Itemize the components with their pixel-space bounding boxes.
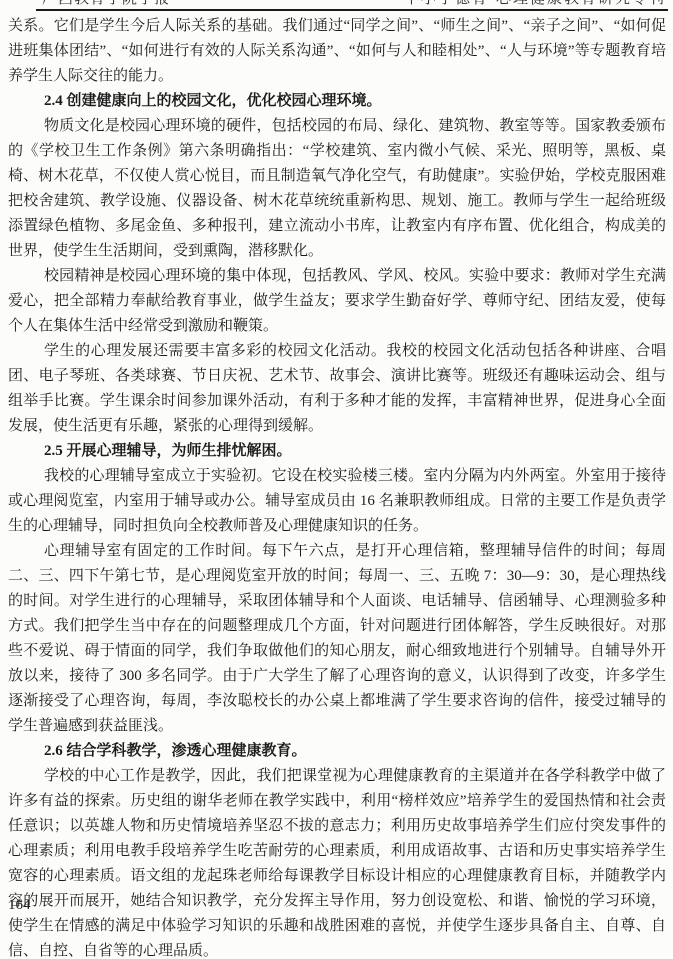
scan-smudge <box>80 922 102 929</box>
section-heading-2-6: 2.6 结合学科教学，渗透心理健康教育。 <box>8 739 666 764</box>
paragraph-campus-activities: 学生的心理发展还需要丰富多彩的校园文化活动。我校的校园文化活动包括各种讲座、合唱… <box>8 339 666 439</box>
journal-title-right: 中小学德育·心理健康教育研究专刊 <box>404 0 666 8</box>
header-rule <box>36 9 668 11</box>
paragraph-counseling-room: 我校的心理辅导室成立于实验初。它设在校实验楼三楼。室内分隔为内外两室。外室用于接… <box>8 464 666 539</box>
section-heading-2-4: 2.4 创建健康向上的校园文化，优化校园心理环境。 <box>8 89 666 114</box>
running-head-clipped-text: 广西教育学院学报 中小学德育·心理健康教育研究专刊 <box>36 0 668 9</box>
journal-title-left: 广西教育学院学报 <box>42 0 170 8</box>
running-head: 广西教育学院学报 中小学德育·心理健康教育研究专刊 <box>36 0 668 11</box>
paragraph-subject-teaching: 学校的中心工作是教学，因此，我们把课堂视为心理健康教育的主渠道并在各学科教学中做… <box>8 764 666 959</box>
paragraph-material-culture: 物质文化是校园心理环境的硬件，包括校园的布局、绿化、建筑物、教室等等。国家教委颁… <box>8 114 666 264</box>
section-heading-2-5: 2.5 开展心理辅导，为师生排忧解困。 <box>8 439 666 464</box>
paragraph-continued: 关系。它们是学生今后人际关系的基础。我们通过“同学之间”、“师生之间”、“亲子之… <box>8 14 666 89</box>
scanned-journal-page: 广西教育学院学报 中小学德育·心理健康教育研究专刊 关系。它们是学生今后人际关系… <box>0 0 673 959</box>
page-number: 164 <box>8 896 31 914</box>
paragraph-counseling-schedule: 心理辅导室有固定的工作时间。每下午六点，是打开心理信箱，整理辅导信件的时间；每周… <box>8 539 666 739</box>
article-body: 关系。它们是学生今后人际关系的基础。我们通过“同学之间”、“师生之间”、“亲子之… <box>8 14 666 959</box>
paragraph-campus-spirit: 校园精神是校园心理环境的集中体现，包括教风、学风、校风。实验中要求：教师对学生充… <box>8 264 666 339</box>
